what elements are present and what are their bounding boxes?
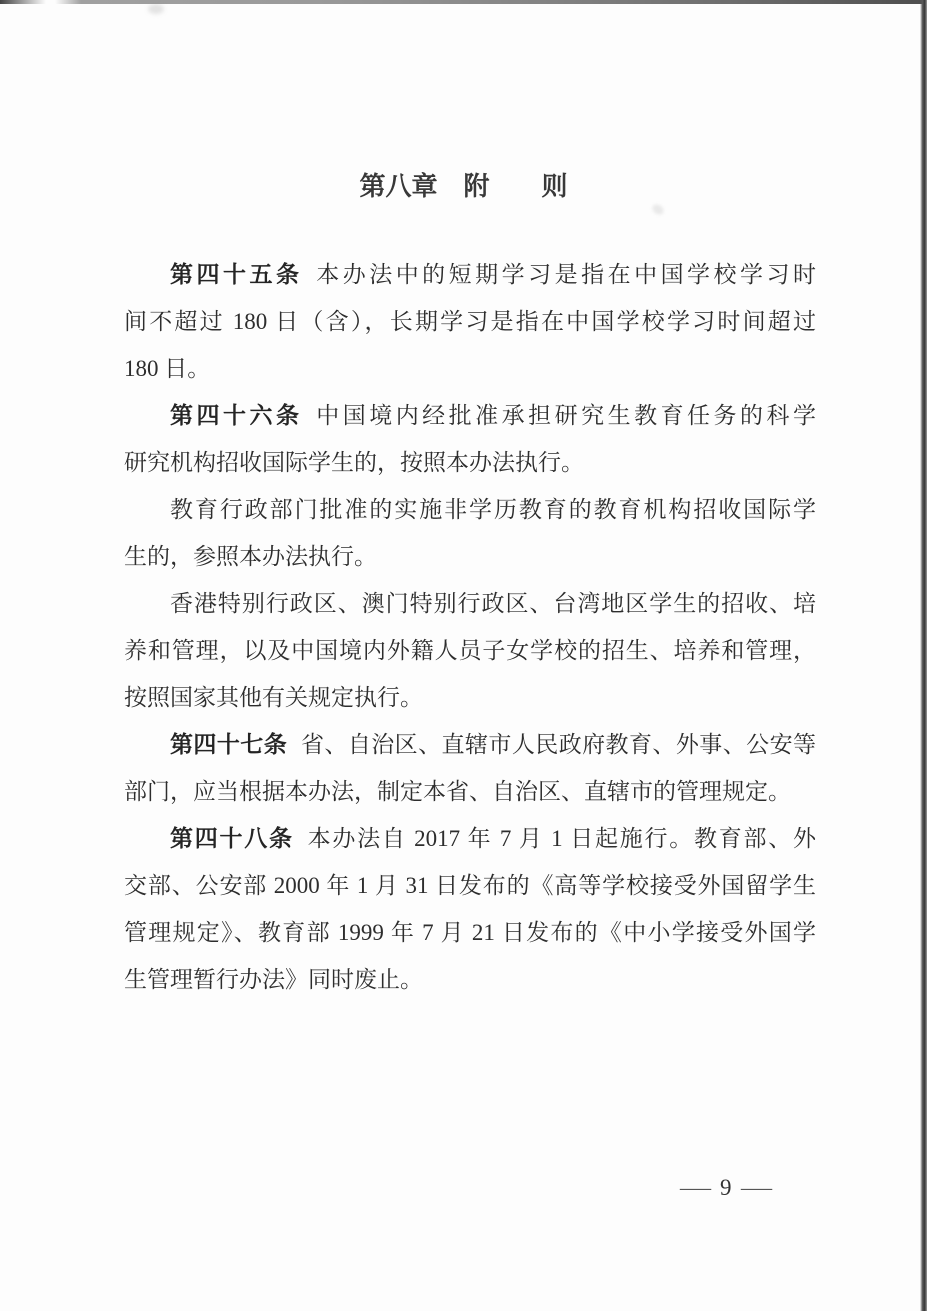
- text-line: 生的，参照本办法执行。: [124, 533, 816, 580]
- scan-artifact-top-left-smudge: [0, 0, 46, 4]
- line-text: 管理规定》、教育部 1999 年 7 月 21 日发布的《中小学接受外国学: [124, 920, 816, 945]
- line-text: 省、自治区、直辖市人民政府教育、外事、公安等: [301, 732, 816, 757]
- text-line: 生管理暂行办法》同时废止。: [124, 956, 816, 1003]
- text-line: 按照国家其他有关规定执行。: [124, 674, 816, 721]
- line-text: 研究机构招收国际学生的，按照本办法执行。: [124, 450, 584, 475]
- scan-artifact-faint-mark: [651, 202, 666, 216]
- line-text: 交部、公安部 2000 年 1 月 31 日发布的《高等学校接受外国留学生: [124, 873, 816, 898]
- line-text: 本办法中的短期学习是指在中国学校学习时: [316, 262, 816, 287]
- line-text: 部门，应当根据本办法，制定本省、自治区、直辖市的管理规定。: [124, 779, 791, 804]
- chapter-heading: 第八章 附 则: [0, 166, 927, 203]
- text-line: 第四十八条本办法自 2017 年 7 月 1 日起施行。教育部、外: [124, 815, 816, 862]
- scanned-document-page: 第八章 附 则 第四十五条本办法中的短期学习是指在中国学校学习时间不超过 180…: [0, 0, 927, 1311]
- line-text: 教育行政部门批准的实施非学历教育的教育机构招收国际学: [170, 497, 816, 522]
- line-text: 间不超过 180 日（含），长期学习是指在中国学校学习时间超过: [124, 309, 816, 334]
- line-text: 养和管理，以及中国境内外籍人员子女学校的招生、培养和管理，: [124, 638, 816, 663]
- line-text: 中国境内经批准承担研究生教育任务的科学: [316, 403, 816, 428]
- line-text: 生管理暂行办法》同时废止。: [124, 967, 423, 992]
- line-text: 香港特别行政区、澳门特别行政区、台湾地区学生的招收、培: [170, 591, 816, 616]
- document-body: 第四十五条本办法中的短期学习是指在中国学校学习时间不超过 180 日（含），长期…: [124, 251, 816, 1003]
- text-line: 第四十七条省、自治区、直辖市人民政府教育、外事、公安等: [124, 721, 816, 768]
- line-text: 按照国家其他有关规定执行。: [124, 685, 423, 710]
- article-number: 第四十六条: [170, 403, 302, 428]
- page-number: — 9 —: [684, 1175, 768, 1201]
- article-number: 第四十五条: [170, 262, 302, 287]
- line-text: 180 日。: [124, 356, 210, 381]
- page-number-value: 9: [720, 1175, 732, 1201]
- text-line: 养和管理，以及中国境内外籍人员子女学校的招生、培养和管理，: [124, 627, 816, 674]
- scan-artifact-top-edge: [55, 0, 927, 4]
- text-line: 管理规定》、教育部 1999 年 7 月 21 日发布的《中小学接受外国学: [124, 909, 816, 956]
- article-number: 第四十八条: [170, 826, 294, 851]
- text-line: 香港特别行政区、澳门特别行政区、台湾地区学生的招收、培: [124, 580, 816, 627]
- text-line: 180 日。: [124, 345, 816, 392]
- page-number-left-dash: —: [680, 1175, 711, 1201]
- text-line: 第四十六条中国境内经批准承担研究生教育任务的科学: [124, 392, 816, 439]
- line-text: 本办法自 2017 年 7 月 1 日起施行。教育部、外: [308, 826, 816, 851]
- text-line: 间不超过 180 日（含），长期学习是指在中国学校学习时间超过: [124, 298, 816, 345]
- article-number: 第四十七条: [170, 732, 287, 757]
- text-line: 第四十五条本办法中的短期学习是指在中国学校学习时: [124, 251, 816, 298]
- text-line: 部门，应当根据本办法，制定本省、自治区、直辖市的管理规定。: [124, 768, 816, 815]
- scan-artifact-top-streak: [148, 4, 164, 14]
- page-number-right-dash: —: [740, 1175, 771, 1201]
- line-text: 生的，参照本办法执行。: [124, 544, 377, 569]
- text-line: 研究机构招收国际学生的，按照本办法执行。: [124, 439, 816, 486]
- text-line: 交部、公安部 2000 年 1 月 31 日发布的《高等学校接受外国留学生: [124, 862, 816, 909]
- text-line: 教育行政部门批准的实施非学历教育的教育机构招收国际学: [124, 486, 816, 533]
